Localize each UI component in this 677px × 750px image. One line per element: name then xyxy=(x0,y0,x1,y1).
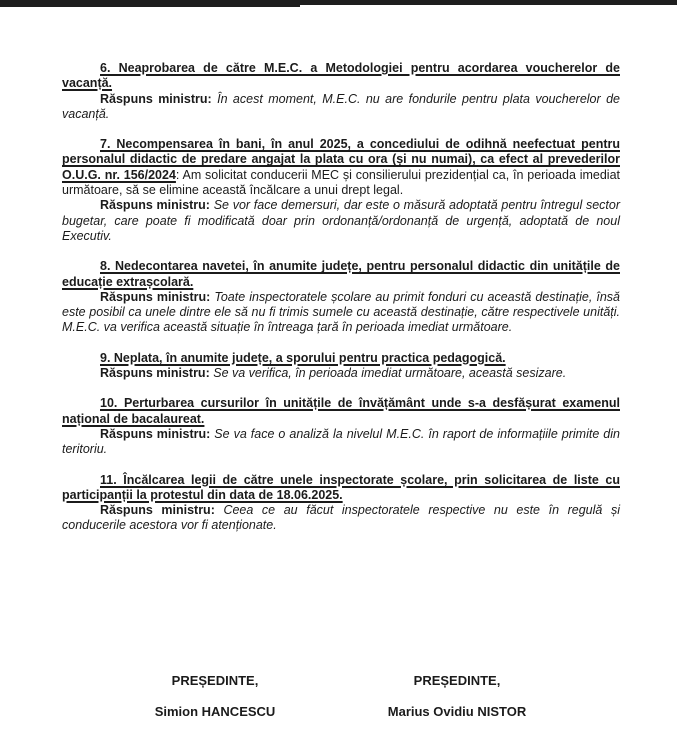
item-11-heading: 11. Încălcarea legii de către unele insp… xyxy=(62,473,620,504)
item-8: 8. Nedecontarea navetei, în anumite jude… xyxy=(62,259,620,335)
signature-block-right: PREȘEDINTE, Marius Ovidiu NISTOR xyxy=(322,674,592,719)
response-label: Răspuns ministru: xyxy=(100,290,210,304)
item-6-heading: 6. Neaprobarea de către M.E.C. a Metodol… xyxy=(62,61,620,92)
response-label: Răspuns ministru: xyxy=(100,503,215,517)
item-9-heading-text: 9. Neplata, în anumite județe, a sporulu… xyxy=(100,351,506,365)
signature-name-left: Simion HANCESCU xyxy=(80,705,350,719)
item-10-heading-text: 10. Perturbarea cursurilor în unitățile … xyxy=(62,396,620,425)
item-9: 9. Neplata, în anumite județe, a sporulu… xyxy=(62,351,620,382)
item-10: 10. Perturbarea cursurilor în unitățile … xyxy=(62,396,620,457)
item-6-heading-text: 6. Neaprobarea de către M.E.C. a Metodol… xyxy=(62,61,620,90)
response-label: Răspuns ministru: xyxy=(100,366,210,380)
scan-edge-bar xyxy=(0,0,677,5)
item-7-response: Răspuns ministru: Se vor face demersuri,… xyxy=(62,198,620,244)
item-9-heading: 9. Neplata, în anumite județe, a sporulu… xyxy=(62,351,620,366)
signature-name-right: Marius Ovidiu NISTOR xyxy=(322,705,592,719)
item-11-response: Răspuns ministru: Ceea ce au făcut inspe… xyxy=(62,503,620,534)
item-6-response: Răspuns ministru: În acest moment, M.E.C… xyxy=(62,92,620,123)
item-10-response: Răspuns ministru: Se va face o analiză l… xyxy=(62,427,620,458)
item-11-heading-text: 11. Încălcarea legii de către unele insp… xyxy=(62,473,620,502)
item-11: 11. Încălcarea legii de către unele insp… xyxy=(62,473,620,534)
document-page: { "page": { "background": "#ffffff", "sc… xyxy=(0,0,677,750)
item-10-heading: 10. Perturbarea cursurilor în unitățile … xyxy=(62,396,620,427)
response-label: Răspuns ministru: xyxy=(100,198,210,212)
response-text: Se va verifica, în perioada imediat urmă… xyxy=(213,366,566,380)
signature-title-right: PREȘEDINTE, xyxy=(322,674,592,688)
document-body: 6. Neaprobarea de către M.E.C. a Metodol… xyxy=(62,61,620,534)
signature-title-left: PREȘEDINTE, xyxy=(80,674,350,688)
response-label: Răspuns ministru: xyxy=(100,92,212,106)
item-6: 6. Neaprobarea de către M.E.C. a Metodol… xyxy=(62,61,620,122)
item-8-response: Răspuns ministru: Toate inspectoratele ș… xyxy=(62,290,620,336)
item-8-heading: 8. Nedecontarea navetei, în anumite jude… xyxy=(62,259,620,290)
item-8-heading-text: 8. Nedecontarea navetei, în anumite jude… xyxy=(62,259,620,288)
signature-block-left: PREȘEDINTE, Simion HANCESCU xyxy=(80,674,350,719)
item-9-response: Răspuns ministru: Se va verifica, în per… xyxy=(62,366,620,381)
item-7-heading: 7. Necompensarea în bani, în anul 2025, … xyxy=(62,137,620,198)
item-7: 7. Necompensarea în bani, în anul 2025, … xyxy=(62,137,620,244)
response-label: Răspuns ministru: xyxy=(100,427,210,441)
